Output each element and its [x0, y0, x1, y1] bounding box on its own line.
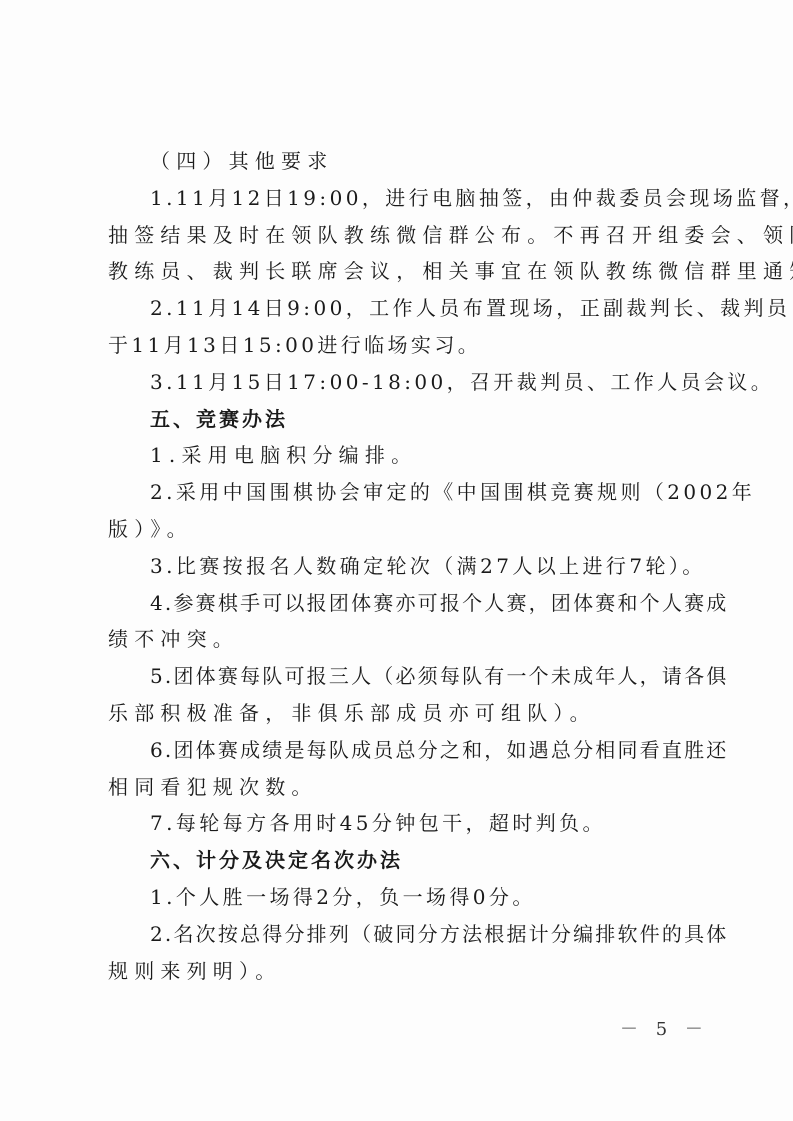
paragraph-line: 绩不冲突。	[108, 621, 693, 658]
section-heading-competition-method: 五、竞赛办法	[108, 401, 693, 438]
paragraph-line: 3.11月15日17:00-18:00，召开裁判员、工作人员会议。	[108, 364, 693, 401]
document-body: （四）其他要求 1.11月12日19:00，进行电脑抽签，由仲裁委员会现场监督，…	[108, 143, 693, 989]
paragraph-line: 教练员、裁判长联席会议，相关事宜在领队教练微信群里通知。	[108, 253, 693, 290]
subheading-other-requirements: （四）其他要求	[108, 143, 693, 180]
paragraph-line: 1.采用电脑积分编排。	[108, 437, 693, 474]
paragraph-line: 2.名次按总得分排列（破同分方法根据计分编排软件的具体	[108, 916, 693, 953]
paragraph-line: 6.团体赛成绩是每队成员总分之和，如遇总分相同看直胜还	[108, 732, 693, 769]
paragraph-line: 乐部积极准备，非俱乐部成员亦可组队）。	[108, 695, 693, 732]
page-number: － 5 －	[620, 1015, 709, 1041]
paragraph-line: 3.比赛按报名人数确定轮次（满27人以上进行7轮）。	[108, 548, 693, 585]
paragraph-line: 于11月13日15:00进行临场实习。	[108, 327, 693, 364]
paragraph-line: 规则来列明）。	[108, 953, 693, 990]
paragraph-line: 2.11月14日9:00，工作人员布置现场，正副裁判长、裁判员	[108, 290, 693, 327]
paragraph-line: 1.个人胜一场得2分，负一场得0分。	[108, 879, 693, 916]
paragraph-line: 5.团体赛每队可报三人（必须每队有一个未成年人，请各俱	[108, 658, 693, 695]
paragraph-line: 抽签结果及时在领队教练微信群公布。不再召开组委会、领队、	[108, 217, 693, 254]
paragraph-line: 相同看犯规次数。	[108, 769, 693, 806]
document-page: （四）其他要求 1.11月12日19:00，进行电脑抽签，由仲裁委员会现场监督，…	[0, 0, 793, 1121]
paragraph-line: 版）》。	[108, 511, 693, 548]
paragraph-line: 2.采用中国围棋协会审定的《中国围棋竞赛规则（2002年	[108, 474, 693, 511]
section-heading-scoring-ranking: 六、计分及决定名次办法	[108, 842, 693, 879]
paragraph-line: 1.11月12日19:00，进行电脑抽签，由仲裁委员会现场监督，	[108, 180, 693, 217]
paragraph-line: 4.参赛棋手可以报团体赛亦可报个人赛，团体赛和个人赛成	[108, 585, 693, 622]
paragraph-line: 7.每轮每方各用时45分钟包干，超时判负。	[108, 805, 693, 842]
